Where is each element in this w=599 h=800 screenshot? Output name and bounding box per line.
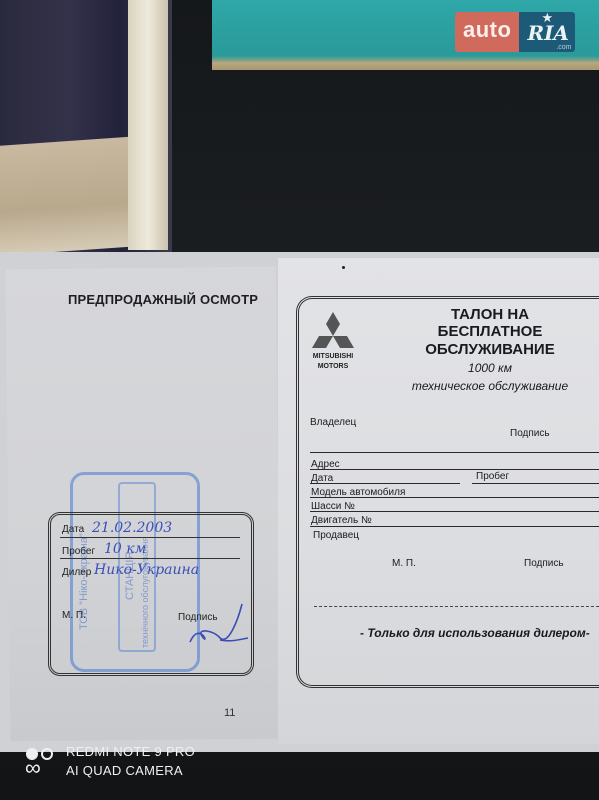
mileage-label: Пробег [62, 546, 95, 557]
old-book [0, 0, 172, 262]
logo-ria: ★ RIA .com [519, 12, 575, 52]
dealer-label: Дилер [62, 567, 91, 578]
brand-sub: MOTORS [309, 362, 357, 372]
camera-model: REDMI NOTE 9 PRO [66, 742, 195, 761]
seller-signature-label: Подпись [524, 558, 564, 569]
mileage-handwritten: 10 км [104, 541, 146, 557]
cut-line [314, 606, 599, 607]
signature-scribble [180, 600, 250, 650]
mitsubishi-brand: MITSUBISHI MOTORS [309, 352, 357, 372]
coupon-title-line-3: ОБСЛУЖИВАНИЕ [380, 341, 599, 358]
engine-label: Двигатель № [311, 515, 372, 526]
quad-camera-icon: ∞ [26, 746, 54, 776]
stamp-place-label: М. П. [62, 610, 86, 621]
engine-line [310, 526, 599, 527]
owner-line [310, 452, 599, 453]
chassis-line [310, 511, 599, 512]
mileage-field-line [472, 483, 599, 484]
date-line [60, 537, 240, 538]
dealer-handwritten: Нико-Украина [94, 562, 199, 578]
autoria-logo: auto ★ RIA .com [455, 12, 575, 52]
logo-auto: auto [455, 12, 519, 52]
coupon-stamp-label: М. П. [392, 558, 416, 569]
coupon-title-line-2: БЕСПЛАТНОЕ [380, 323, 599, 340]
camera-watermark: ∞ REDMI NOTE 9 PRO AI QUAD CAMERA [26, 742, 195, 780]
address-line [310, 469, 599, 470]
left-page-title: ПРЕДПРОДАЖНЫЙ ОСМОТР [68, 292, 258, 307]
logo-domain: .com [556, 44, 571, 51]
coupon-title-line-1: ТАЛОН НА [380, 306, 599, 323]
date-handwritten: 21.02.2003 [92, 520, 172, 536]
date-label: Дата [62, 524, 84, 535]
date-field-line [310, 483, 460, 484]
mileage-line [60, 558, 240, 559]
camera-tag: AI QUAD CAMERA [66, 761, 195, 780]
seller-label: Продавец [313, 530, 359, 541]
coupon-service-type: техническое обслуживание [380, 379, 599, 393]
dealer-only-note: - Только для использования дилером- [360, 626, 590, 640]
brand-name: MITSUBISHI [309, 352, 357, 362]
owner-label: Владелец [310, 417, 356, 428]
logo-ria-text: RIA [527, 21, 569, 45]
model-line [310, 497, 599, 498]
coupon-distance: 1000 км [380, 361, 599, 375]
mitsubishi-logo-icon [310, 310, 356, 356]
mileage-field-label: Пробег [476, 471, 509, 482]
book-spine [128, 0, 168, 250]
owner-signature-label: Подпись [510, 428, 550, 439]
page-number: 11 [224, 707, 235, 719]
ink-dot [342, 266, 345, 269]
